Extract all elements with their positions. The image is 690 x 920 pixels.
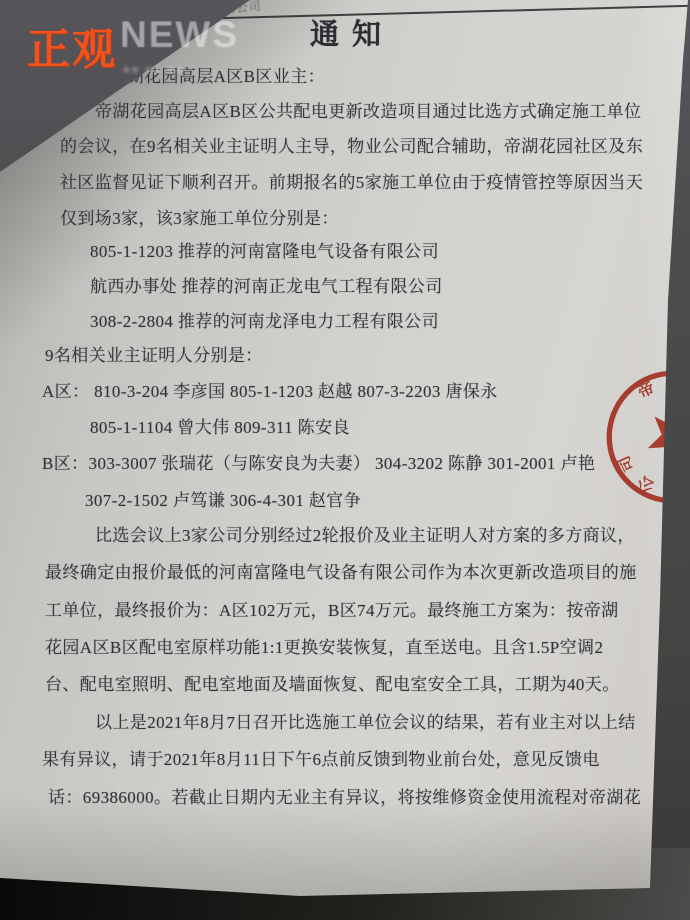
doc-line: 工单位，最终报价为：A区102万元，B区74万元。最终施工方案为：按帝湖 xyxy=(45,596,619,621)
doc-line: 帝湖花园高层A区B区公共配电更新改造项目通过比选方式确定施工单位 xyxy=(95,97,641,122)
doc-line: 话：69386000。若截止日期内无业主有异议，将按维修资金使用流程对帝湖花 xyxy=(48,783,641,808)
doc-line: 的会议，在9名相关业主证明人主导，物业公司配合辅助，帝湖花园社区及东 xyxy=(60,132,643,157)
svg-text:帝湖物业管理有限公司: 帝湖物业管理有限公司 xyxy=(588,352,690,522)
photographed-notice-document: 帝湖物业管理有限公司 通知 尊敬的帝湖花园高层A区B区业主： 帝湖花园高层A区B… xyxy=(0,0,690,920)
logo-en-text: NEWS xyxy=(120,14,239,56)
logo-tagline-blur: ■■ ■■ ■■ xyxy=(123,64,185,76)
doc-line: 比选会议上3家公司分别经过2轮报价及业主证明人对方案的多方商议， xyxy=(95,521,635,546)
doc-line-zone-a: A区： 810-3-204 李彦国 805-1-1203 赵越 807-3-22… xyxy=(42,377,498,402)
doc-line-bidder-3: 308-2-2804 推荐的河南龙泽电力工程有限公司 xyxy=(90,307,439,332)
doc-line: 花园A区B区配电室原样功能1:1更换安装恢复，直至送电。且含1.5P空调2 xyxy=(45,633,603,658)
seal-star-icon xyxy=(635,399,690,471)
logo-cn-text: 正观 xyxy=(27,16,117,77)
paper-sheet: 帝湖物业管理有限公司 通知 尊敬的帝湖花园高层A区B区业主： 帝湖花园高层A区B… xyxy=(0,0,690,920)
doc-line: 台、配电室照明、配电室地面及墙面恢复、配电室安全工具，工期为40天。 xyxy=(45,670,620,695)
doc-line-bidder-1: 805-1-1203 推荐的河南富隆电气设备有限公司 xyxy=(90,237,439,262)
doc-line: 9名相关业主证明人分别是： xyxy=(45,341,263,366)
doc-line-bidder-2: 航西办事处 推荐的河南正龙电气工程有限公司 xyxy=(90,272,443,297)
zhengguan-news-watermark: 正观 NEWS ■■ ■■ ■■ xyxy=(0,0,260,100)
doc-line-zone-b: B区：303-3007 张瑞花（与陈安良为夫妻） 304-3202 陈静 301… xyxy=(42,449,595,474)
doc-line: 果有异议，请于2021年8月11日下午6点前反馈到物业前台处，意见反馈电 xyxy=(42,745,600,770)
doc-line-zone-a: 805-1-1104 曾大伟 809-311 陈安良 xyxy=(90,413,350,438)
notice-title: 通知 xyxy=(310,12,394,53)
doc-line: 社区监督见证下顺利召开。前期报名的5家施工单位由于疫情管控等原因当天 xyxy=(60,168,643,193)
doc-line: 仅到场3家，该3家施工单位分别是： xyxy=(60,204,339,229)
doc-line: 最终确定由报价最低的河南富隆电气设备有限公司作为本次更新改造项目的施 xyxy=(45,558,637,583)
doc-line: 以上是2021年8月7日召开比选施工单位会议的结果，若有业主对以上结 xyxy=(95,708,636,733)
company-seal-stamp: 帝湖物业管理有限公司 xyxy=(588,352,690,522)
doc-line-zone-b: 307-2-1502 卢笃谦 306-4-301 赵官争 xyxy=(85,486,361,511)
